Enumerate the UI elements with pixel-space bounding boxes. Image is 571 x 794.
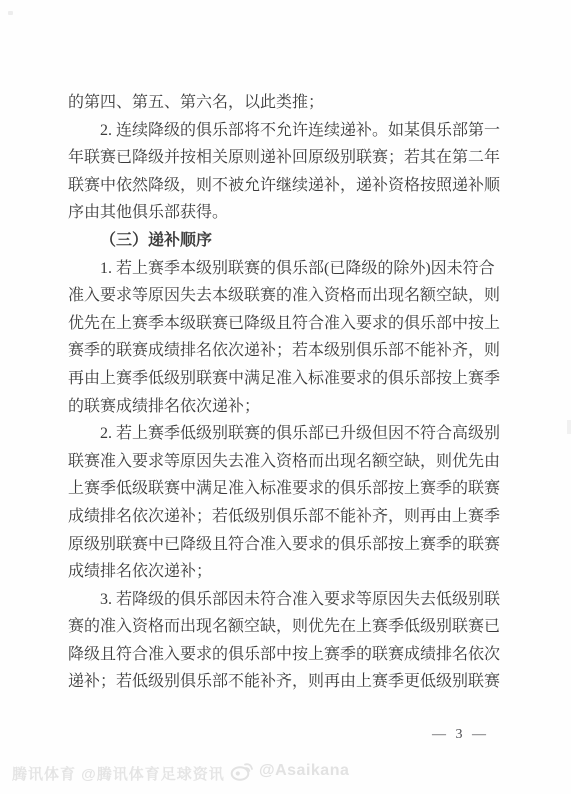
text-line: 成绩排名依次递补；若低级别俱乐部不能补齐，则再由上赛季 [68,503,500,531]
text-line: 2. 若上赛季低级别联赛的俱乐部已升级但因不符合高级别 [68,420,500,448]
text-line: 再由上赛季低级别联赛中满足准入标准要求的俱乐部按上赛季 [68,365,500,393]
text-line: 赛的准入资格而出现名额空缺，则优先在上赛季低级别联赛已 [68,613,500,641]
text-line: 3. 若降级的俱乐部因未符合准入要求等原因失去低级别联 [68,586,500,614]
text-line: 联赛中依然降级，则不被允许继续递补，递补资格按照递补顺 [68,172,500,200]
page-number: — 3 — [432,727,489,743]
text-line: 成绩排名依次递补； [68,558,500,586]
section-heading: （三）递补顺序 [68,227,500,255]
text-line: 降级且符合准入要求的俱乐部中按上赛季的联赛成绩排名依次 [68,641,500,669]
text-line: 2. 连续降级的俱乐部将不允许连续递补。如某俱乐部第一 [68,117,500,145]
text-line: 上赛季低级联赛中满足准入标准要求的俱乐部按上赛季的联赛 [68,475,500,503]
scan-artifact [8,11,13,15]
watermark-source-label: 腾讯体育 @腾讯体育足球资讯 [12,763,225,784]
text-line: 准入要求等原因失去本级联赛的准入资格而出现名额空缺，则 [68,282,500,310]
text-line: 优先在上赛季本级联赛已降级且符合准入要求的俱乐部中按上 [68,310,500,338]
text-line: 序由其他俱乐部获得。 [68,199,500,227]
text-line: 的第四、第五、第六名，以此类推； [68,89,500,117]
text-line: 的联赛成绩排名依次递补； [68,393,500,421]
document-body: 的第四、第五、第六名，以此类推；2. 连续降级的俱乐部将不允许连续递补。如某俱乐… [68,89,500,696]
scan-artifact [567,420,571,434]
document-page: 的第四、第五、第六名，以此类推；2. 连续降级的俱乐部将不允许连续递补。如某俱乐… [0,0,571,794]
watermark-bar: 腾讯体育 @腾讯体育足球资讯 @Asaikana [0,761,571,787]
watermark-handle: @Asaikana [259,762,349,780]
watermark-author: @Asaikana [230,761,349,781]
text-line: 赛季的联赛成绩排名依次递补；若本级别俱乐部不能补齐，则 [68,337,500,365]
text-line: 年联赛已降级并按相关原则递补回原级别联赛；若其在第二年 [68,144,500,172]
text-line: 原级别联赛中已降级且符合准入要求的俱乐部按上赛季的联赛 [68,531,500,559]
text-line: 1. 若上赛季本级别联赛的俱乐部(已降级的除外)因未符合 [68,255,500,283]
text-line: 联赛准入要求等原因失去准入资格而出现名额空缺，则优先由 [68,448,500,476]
weibo-icon [230,761,254,781]
text-line: 递补；若低级别俱乐部不能补齐，则再由上赛季更低级别联赛 [68,668,500,696]
